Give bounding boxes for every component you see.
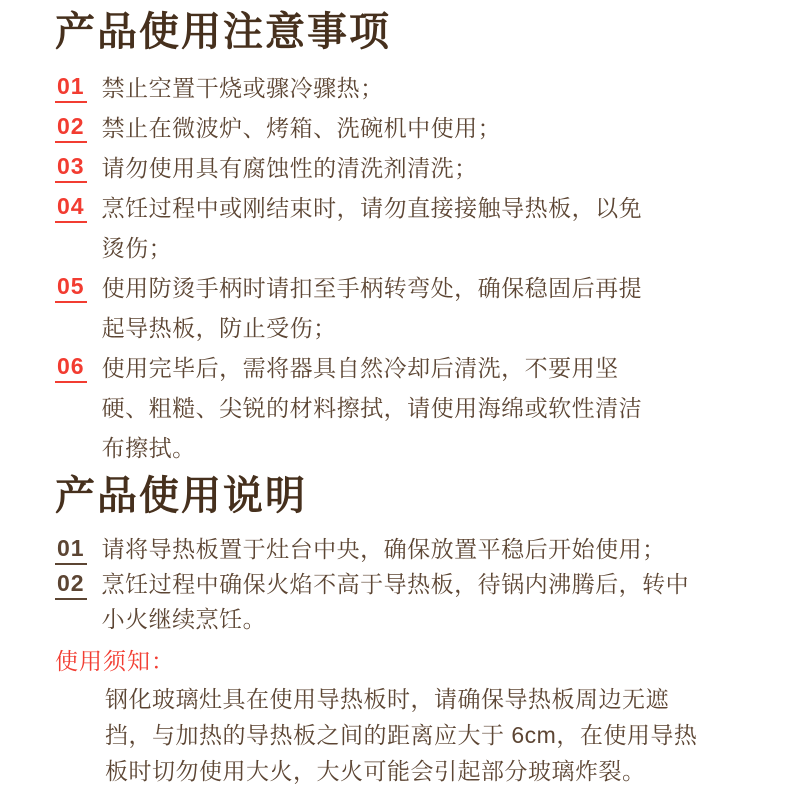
notice-item-1: 01 禁止空置干烧或骤冷骤热； [55,68,772,108]
item-number: 02 [55,572,87,600]
item-text: 请将导热板置于灶台中央，确保放置平稳后开始使用； [102,532,772,567]
item-text: 请勿使用具有腐蚀性的清洗剂清洗； [102,148,772,188]
item-number: 01 [55,75,87,103]
notice-item-4: 04 烹饪过程中或刚结束时，请勿直接接触导热板，以免 烫伤； [55,188,772,268]
item-number: 03 [55,155,87,183]
usage-item-1: 01 请将导热板置于灶台中央，确保放置平稳后开始使用； [55,532,772,567]
item-text: 禁止空置干烧或骤冷骤热； [102,68,772,108]
item-number: 05 [55,275,87,303]
notice-list: 01 禁止空置干烧或骤冷骤热； 02 禁止在微波炉、烤箱、洗碗机中使用； 03 … [55,68,772,468]
item-number: 02 [55,115,87,143]
item-text: 烹饪过程中确保火焰不高于导热板，待锅内沸腾后，转中 小火继续烹饪。 [102,567,772,637]
item-number: 06 [55,355,87,383]
usage-list: 01 请将导热板置于灶台中央，确保放置平稳后开始使用； 02 烹饪过程中确保火焰… [55,532,772,637]
notice-item-5: 05 使用防烫手柄时请扣至手柄转弯处，确保稳固后再提 起导热板，防止受伤； [55,268,772,348]
item-text: 烹饪过程中或刚结束时，请勿直接接触导热板，以免 烫伤； [102,188,772,268]
item-number: 01 [55,537,87,565]
notice-item-6: 06 使用完毕后，需将器具自然冷却后清洗，不要用坚 硬、粗糙、尖锐的材料擦拭，请… [55,348,772,468]
product-instructions-page: 产品使用注意事项 01 禁止空置干烧或骤冷骤热； 02 禁止在微波炉、烤箱、洗碗… [0,0,800,800]
notes-title: 使用须知： [55,647,772,675]
usage-item-2: 02 烹饪过程中确保火焰不高于导热板，待锅内沸腾后，转中 小火继续烹饪。 [55,567,772,637]
usage-section-title: 产品使用说明 [55,474,772,518]
notice-section-title: 产品使用注意事项 [55,10,772,54]
notice-item-2: 02 禁止在微波炉、烤箱、洗碗机中使用； [55,108,772,148]
notes-body: 钢化玻璃灶具在使用导热板时，请确保导热板周边无遮 挡，与加热的导热板之间的距离应… [105,681,772,789]
item-text: 使用完毕后，需将器具自然冷却后清洗，不要用坚 硬、粗糙、尖锐的材料擦拭，请使用海… [102,348,772,468]
notice-item-3: 03 请勿使用具有腐蚀性的清洗剂清洗； [55,148,772,188]
item-number: 04 [55,195,87,223]
item-text: 使用防烫手柄时请扣至手柄转弯处，确保稳固后再提 起导热板，防止受伤； [102,268,772,348]
usage-notes-block: 使用须知： 钢化玻璃灶具在使用导热板时，请确保导热板周边无遮 挡，与加热的导热板… [55,647,772,789]
item-text: 禁止在微波炉、烤箱、洗碗机中使用； [102,108,772,148]
